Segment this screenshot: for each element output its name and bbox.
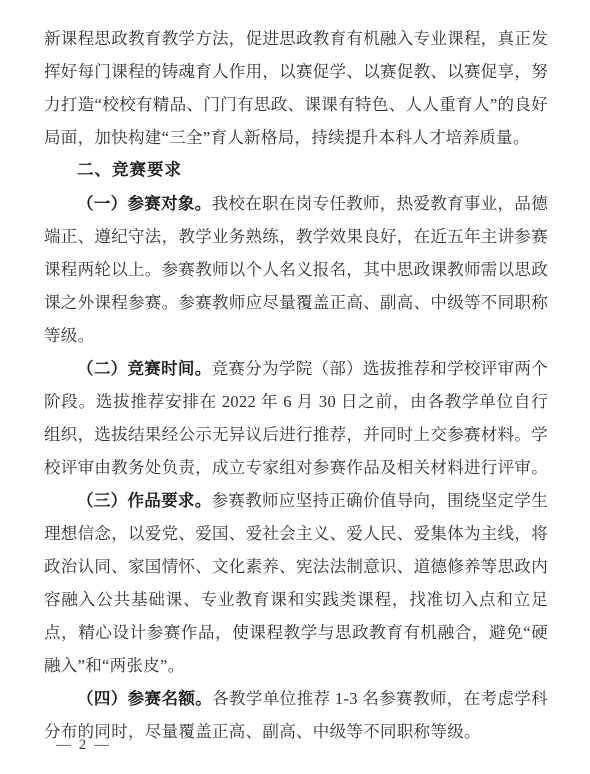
paragraph: （四）参赛名额。各教学单位推荐 1-3 名参赛教师，在考虑学科分布的同时，尽量覆… bbox=[44, 682, 548, 748]
text-run: （二）竞赛时间。 bbox=[77, 359, 212, 378]
paragraph: （三）作品要求。参赛教师应坚持正确价值导向，围绕坚定学生理想信念，以爱党、爱国、… bbox=[44, 484, 548, 682]
text-run: 我校在职在岗专任教师，热爱教育事业，品德端正、遵纪守法，教学业务熟练，教学效果良… bbox=[44, 194, 548, 345]
section-heading: 二、竞赛要求 bbox=[44, 154, 548, 187]
paragraph: （一）参赛对象。我校在职在岗专任教师，热爱教育事业，品德端正、遵纪守法，教学业务… bbox=[44, 187, 548, 352]
text-run: （三）作品要求。 bbox=[77, 491, 212, 510]
document-page: 新课程思政教育教学方法，促进思政教育有机融入专业课程，真正发挥好每门课程的铸魂育… bbox=[0, 0, 590, 774]
paragraph: 新课程思政教育教学方法，促进思政教育有机融入专业课程，真正发挥好每门课程的铸魂育… bbox=[44, 22, 548, 154]
text-run: 二、竞赛要求 bbox=[77, 161, 182, 179]
document-body: 新课程思政教育教学方法，促进思政教育有机融入专业课程，真正发挥好每门课程的铸魂育… bbox=[44, 22, 548, 748]
paragraph: （二）竞赛时间。竞赛分为学院（部）选拔推荐和学校评审两个阶段。选拔推荐安排在 2… bbox=[44, 352, 548, 484]
text-run: 新课程思政教育教学方法，促进思政教育有机融入专业课程，真正发挥好每门课程的铸魂育… bbox=[44, 29, 548, 147]
page-number: — 2 — bbox=[56, 737, 111, 754]
text-run: 参赛教师应坚持正确价值导向，围绕坚定学生理想信念，以爱党、爱国、爱社会主义、爱人… bbox=[44, 491, 548, 675]
text-run: （一）参赛对象。 bbox=[77, 194, 212, 213]
text-run: （四）参赛名额。 bbox=[77, 689, 212, 708]
